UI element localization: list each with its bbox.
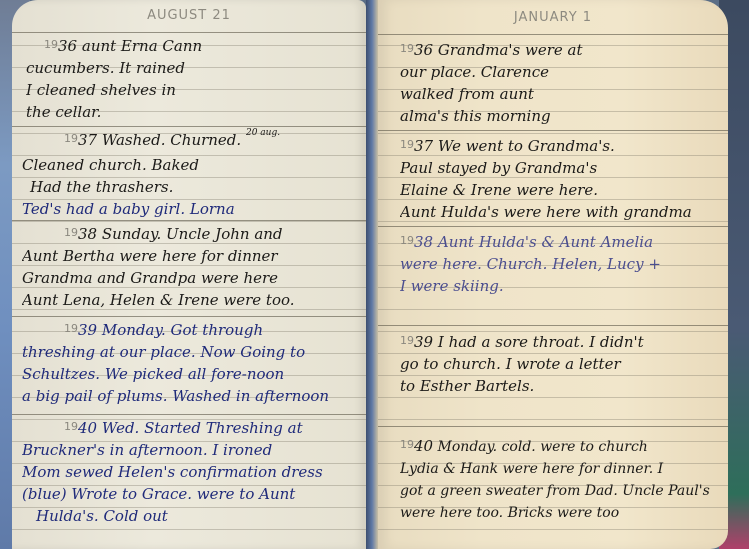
year-suffix: 40 <box>78 419 97 437</box>
year-prefix: 19 <box>400 234 414 247</box>
entry-line: Schultzes. We picked all fore-noon <box>22 363 358 385</box>
diary-entry-1938: 1938 Aunt Hulda's & Aunt Amelia were her… <box>400 230 720 297</box>
entry-line: Aunt Hulda's & Aunt Amelia <box>438 233 653 251</box>
entry-line: Lydia & Hank were here for dinner. I <box>400 458 720 480</box>
date-annotation: 20 aug. <box>246 128 280 138</box>
year-suffix: 38 <box>414 233 433 251</box>
year-prefix: 19 <box>44 38 58 51</box>
entry-line: We went to Grandma's. <box>438 137 615 155</box>
entry-line: Cleaned church. Baked <box>22 154 358 176</box>
entry-line: Sunday. Uncle John and <box>102 225 283 243</box>
entry-line: Aunt Hulda's were here with grandma <box>400 201 720 223</box>
entry-line: aunt Erna Cann <box>82 37 202 55</box>
entry-line: go to church. I wrote a letter <box>400 353 720 375</box>
diary-entry-1939: 1939 Monday. Got through threshing at ou… <box>22 318 358 407</box>
section-divider <box>12 32 366 33</box>
entry-line: Elaine & Irene were here. <box>400 179 720 201</box>
entry-line: Wed. Started Threshing at <box>102 419 303 437</box>
section-divider <box>378 325 728 326</box>
entry-line: Aunt Bertha were here for dinner <box>22 245 358 267</box>
entry-line: alma's this morning <box>400 105 720 127</box>
year-suffix: 37 <box>78 131 97 149</box>
diary-entry-1938: 1938 Sunday. Uncle John and Aunt Bertha … <box>22 222 358 311</box>
section-divider <box>12 414 366 415</box>
section-divider <box>378 426 728 427</box>
entry-line: Paul stayed by Grandma's <box>400 157 720 179</box>
year-suffix: 39 <box>78 321 97 339</box>
year-suffix: 36 <box>58 37 77 55</box>
diary-entry-1939: 1939 I had a sore throat. I didn't go to… <box>400 330 720 397</box>
entry-line: threshing at our place. Now Going to <box>22 341 358 363</box>
entry-line: our place. Clarence <box>400 61 720 83</box>
entry-line: Grandma and Grandpa were here <box>22 267 358 289</box>
diary-entry-1937: 1937 We went to Grandma's. Paul stayed b… <box>400 134 720 223</box>
year-suffix: 37 <box>414 137 433 155</box>
entry-line: to Esther Bartels. <box>400 375 720 397</box>
entry-line: (blue) Wrote to Grace. were to Aunt <box>22 483 358 505</box>
entry-line: Grandma's were at <box>438 41 583 59</box>
diary-page-right: JANUARY 1 1936 Grandma's were at our pla… <box>378 0 728 549</box>
entry-line: Washed. Churned. <box>102 131 241 149</box>
entry-line: Bruckner's in afternoon. I ironed <box>22 439 358 461</box>
entry-line: Monday. Got through <box>102 321 263 339</box>
entry-line: Had the thrashers. <box>22 176 358 198</box>
section-divider <box>12 126 366 127</box>
entry-line: Mom sewed Helen's confirmation dress <box>22 461 358 483</box>
diary-entry-1936: 1936 aunt Erna Cann cucumbers. It rained… <box>26 34 358 123</box>
year-suffix: 36 <box>414 41 433 59</box>
section-divider <box>12 316 366 317</box>
entry-line: Aunt Lena, Helen & Irene were too. <box>22 289 358 311</box>
year-prefix: 19 <box>400 138 414 151</box>
year-prefix: 19 <box>400 438 414 451</box>
entry-line: I were skiing. <box>400 275 720 297</box>
year-prefix: 19 <box>400 42 414 55</box>
entry-line: I had a sore throat. I didn't <box>438 333 644 351</box>
entry-line: were here too. Bricks were too <box>400 502 720 524</box>
year-prefix: 19 <box>400 334 414 347</box>
section-divider <box>378 226 728 227</box>
entry-line: cucumbers. It rained <box>26 57 358 79</box>
book-gutter <box>366 0 378 549</box>
page-date-header: AUGUST 21 <box>12 8 366 23</box>
entry-line: the cellar. <box>26 101 358 123</box>
section-divider <box>378 34 728 35</box>
diary-entry-1936: 1936 Grandma's were at our place. Claren… <box>400 38 720 127</box>
entry-line: Hulda's. Cold out <box>22 505 358 527</box>
year-prefix: 19 <box>64 132 78 145</box>
page-date-header: JANUARY 1 <box>378 10 728 25</box>
year-suffix: 38 <box>78 225 97 243</box>
entry-line: a big pail of plums. Washed in afternoon <box>22 385 358 407</box>
year-prefix: 19 <box>64 226 78 239</box>
diary-entry-1937: 1937 Washed. Churned. 20 aug. Cleaned ch… <box>22 128 358 220</box>
diary-page-left: AUGUST 21 1936 aunt Erna Cann cucumbers.… <box>12 0 366 549</box>
year-suffix: 39 <box>414 333 433 351</box>
year-prefix: 19 <box>64 322 78 335</box>
entry-line: Ted's had a baby girl. Lorna <box>22 198 358 220</box>
entry-line: got a green sweater from Dad. Uncle Paul… <box>400 480 720 502</box>
diary-entry-1940: 1940 Monday. cold. were to church Lydia … <box>400 434 720 524</box>
section-divider <box>12 220 366 221</box>
entry-line: were here. Church. Helen, Lucy + <box>400 253 720 275</box>
year-prefix: 19 <box>64 420 78 433</box>
year-suffix: 40 <box>414 437 433 455</box>
entry-line: Monday. cold. were to church <box>438 439 648 455</box>
diary-entry-1940: 1940 Wed. Started Threshing at Bruckner'… <box>22 416 358 527</box>
entry-line: I cleaned shelves in <box>26 79 358 101</box>
section-divider <box>378 130 728 131</box>
entry-line: walked from aunt <box>400 83 720 105</box>
